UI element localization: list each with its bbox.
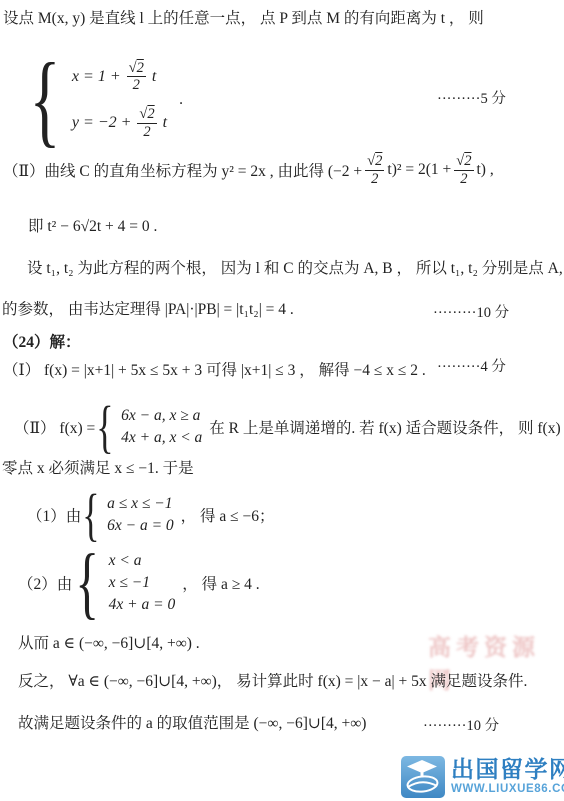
score-10-marks-q24: ·········10 分	[423, 714, 499, 735]
case-block-2: （2）由 { x < a x ≤ −1 4x + a = 0 ， 得 a ≥ 4…	[18, 543, 260, 623]
case-block-1: （1）由 { a ≤ x ≤ −1 6x − a = 0 ， 得 a ≤ −6；	[27, 486, 275, 544]
case-row: x < a	[109, 550, 176, 572]
liuxue86-logo-icon	[401, 756, 445, 798]
fraction-sqrt2-over-2: √2 2	[365, 153, 384, 187]
line-zero-condition: 零点 x 必须满足 x ≤ −1. 于是	[2, 458, 194, 480]
score-4-marks: ·········4 分	[437, 355, 506, 376]
case-row: a ≤ x ≤ −1	[107, 493, 174, 515]
fraction-sqrt2-over-2: √2 2	[454, 153, 473, 187]
left-brace: {	[97, 398, 114, 456]
line-conclusion-a: 从而 a ∈ (−∞, −6]∪[4, +∞) .	[18, 633, 200, 655]
para-directed-distance: 设点 M(x, y) 是直线 l 上的任意一点， 点 P 到点 M 的有向距离为…	[3, 8, 484, 30]
line-part1-solution: （Ⅰ） f(x) = |x+1| + 5x ≤ 5x + 3 可得 |x+1| …	[3, 360, 426, 382]
left-brace: {	[83, 486, 100, 544]
line-final-answer: 故满足题设条件的 a 的取值范围是 (−∞, −6]∪[4, +∞)	[18, 713, 366, 735]
system-row-y: y = −2 + √2 2 t	[72, 106, 167, 140]
line-converse: 反之， ∀a ∈ (−∞, −6]∪[4, +∞)， 易计算此时 f(x) = …	[18, 671, 527, 693]
logo-url: WWW.LIUXUE86.COM	[451, 782, 564, 796]
line-quadratic-t: 即 t² − 6√2t + 4 = 0 .	[28, 216, 157, 238]
case-row: 6x − a = 0	[107, 515, 174, 537]
system-rows: x = 1 + √2 2 t y = −2 + √2 2 t	[72, 60, 167, 141]
score-5-marks: ·········5 分	[437, 87, 506, 108]
case-row: 4x + a, x < a	[121, 427, 202, 449]
case-row: 4x + a = 0	[109, 594, 176, 616]
piecewise-cases: 6x − a, x ≥ a 4x + a, x < a	[121, 405, 202, 449]
logo-title: 出国留学网	[451, 758, 564, 782]
left-brace: {	[76, 543, 100, 623]
sentence-period: .	[179, 91, 183, 109]
line-roots-1: 设 t₁, t₂ 为此方程的两个根， 因为 l 和 C 的交点为 A, B ， …	[27, 258, 564, 280]
system-row-x: x = 1 + √2 2 t	[72, 60, 167, 94]
system-cases: x < a x ≤ −1 4x + a = 0	[109, 550, 176, 616]
document-page: 设点 M(x, y) 是直线 l 上的任意一点， 点 P 到点 M 的有向距离为…	[0, 0, 564, 801]
heading-q24: （24）解：	[3, 332, 81, 354]
case-row: 6x − a, x ≥ a	[121, 405, 202, 427]
line-roots-2: 的参数， 由韦达定理得 |PA|·|PB| = |t₁t₂| = 4 .	[2, 299, 294, 321]
score-10-marks-q23: ·········10 分	[433, 301, 509, 322]
liuxue86-logo: 出国留学网 WWW.LIUXUE86.COM	[401, 756, 564, 798]
fraction-sqrt2-over-2: √2 2	[137, 106, 156, 140]
parametric-system: { x = 1 + √2 2 t y = −2 + √2 2 t .	[24, 48, 183, 152]
fraction-sqrt2-over-2: √2 2	[127, 60, 146, 94]
system-cases: a ≤ x ≤ −1 6x − a = 0	[107, 493, 174, 537]
logo-text: 出国留学网 WWW.LIUXUE86.COM	[451, 758, 564, 796]
line-curve-equation: （Ⅱ）曲线 C 的直角坐标方程为 y² = 2x , 由此得 (−2 + √2 …	[3, 153, 494, 187]
left-brace: {	[29, 48, 60, 152]
line-part2-cases: （Ⅱ） f(x) = { 6x − a, x ≥ a 4x + a, x < a…	[14, 398, 564, 456]
case-row: x ≤ −1	[109, 572, 176, 594]
